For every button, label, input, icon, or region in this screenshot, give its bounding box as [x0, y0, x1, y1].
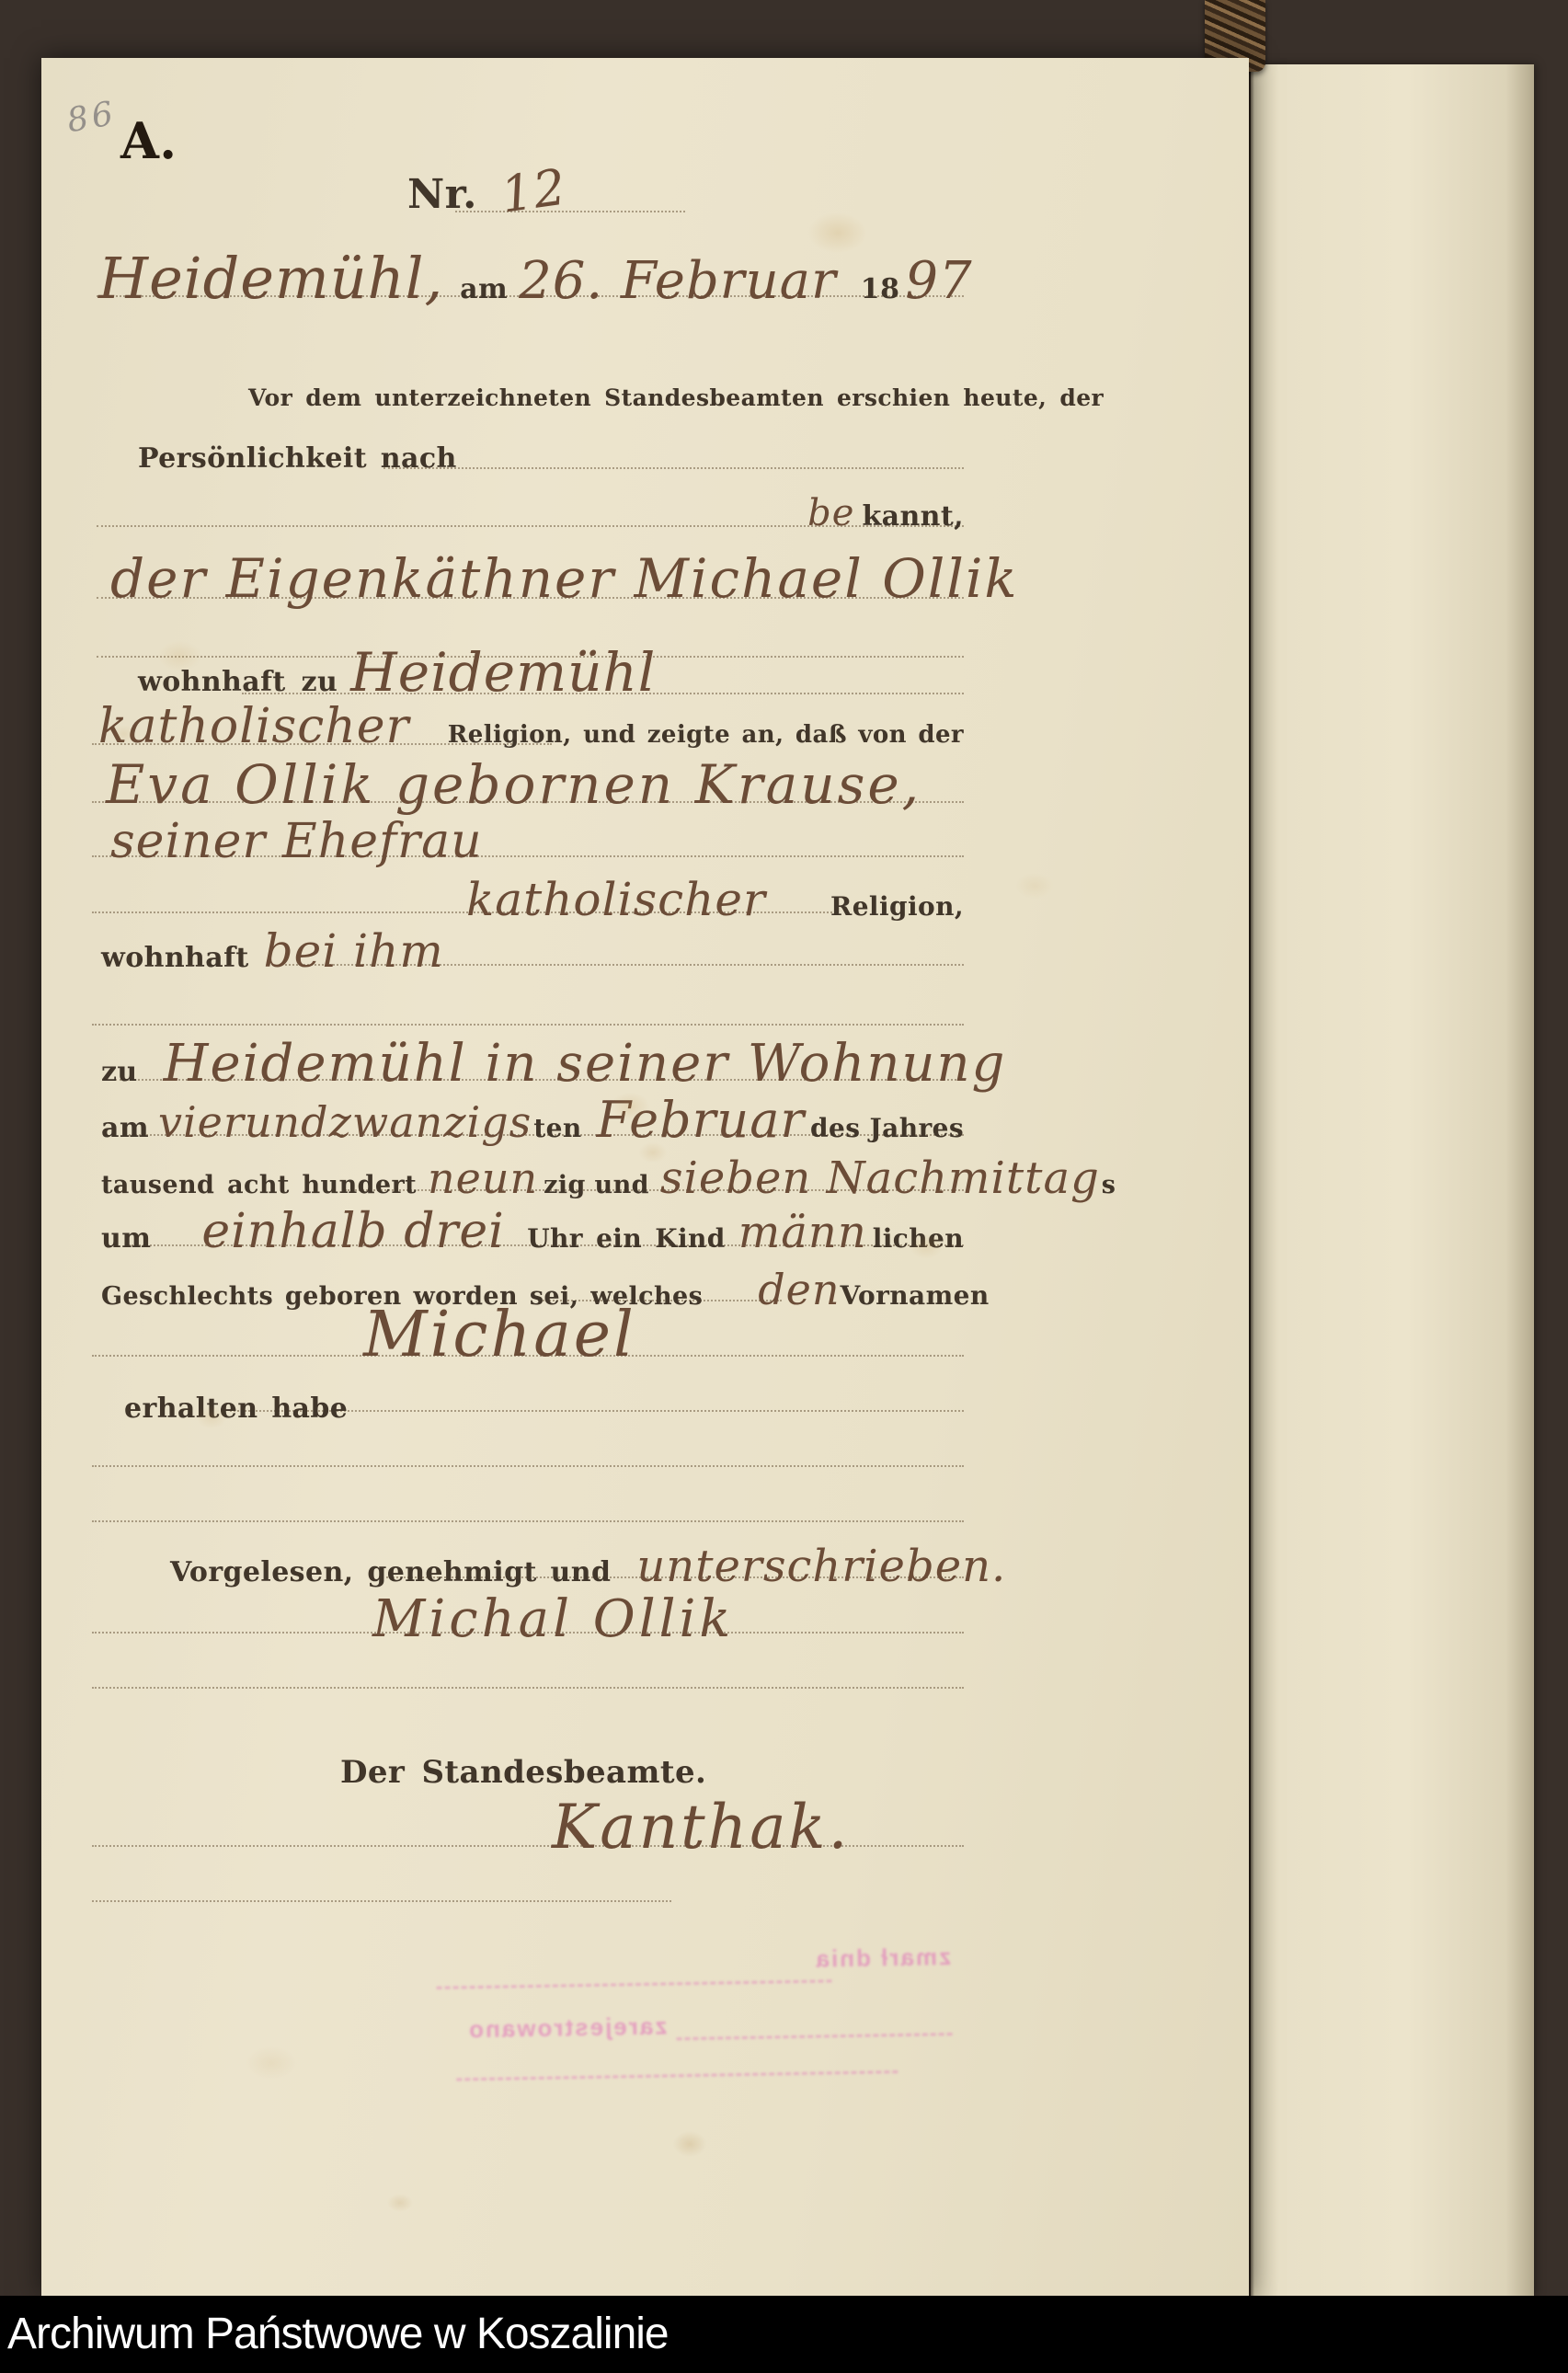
intro-line: Vor dem unterzeichneten Standesbeamten e…	[248, 384, 1104, 411]
religion1-script: katholischer	[98, 699, 409, 754]
decade-script: neun	[428, 1153, 538, 1203]
registrar-signature: Kanthak.	[552, 1792, 851, 1863]
article-script: den	[758, 1265, 840, 1314]
year-printed: 18	[861, 273, 900, 305]
residence-value: Heidemühl	[350, 641, 656, 704]
closing-line: Vorgelesen, genehmigt und unterschrieben…	[170, 1541, 1006, 1592]
birth-day-suffix: ten	[533, 1113, 581, 1143]
residence-line: wohnhaft zu Heidemühl	[138, 641, 656, 704]
birth-day-script: vierundzwanzigs	[158, 1097, 532, 1147]
residence2-label: wohnhaft	[101, 942, 249, 974]
birthtime-line: um einhalb drei Uhr ein Kind männ lichen	[101, 1204, 964, 1259]
registrar-signature-line: Kanthak.	[552, 1792, 851, 1863]
time-label: um	[101, 1222, 151, 1255]
archive-name: Archiwum Państwowe w Koszalinie	[7, 2309, 669, 2359]
unit-script: sieben Nachmittag	[660, 1152, 1100, 1204]
religion1-printed: Religion, und zeigte an, daß von der	[448, 721, 964, 749]
birthplace-value: Heidemühl in seiner Wohnung	[164, 1034, 1007, 1094]
nr-value: 12	[498, 157, 570, 224]
declarant-signature-line: Michal Ollik	[372, 1589, 734, 1649]
place-date-line: Heidemühl, am 26. Februar 18 97	[98, 245, 964, 312]
year-of-label: des Jahres	[810, 1113, 964, 1143]
stamp-rule	[677, 2033, 953, 2040]
first-name-script: Michael	[363, 1299, 636, 1371]
identity-line: Persönlichkeit nach	[138, 442, 457, 475]
registrar-label-line: Der Standesbeamte.	[340, 1754, 706, 1791]
birth-month-script: Februar	[597, 1091, 806, 1149]
stamp-rule	[437, 1979, 832, 1989]
facing-page-edge	[1251, 64, 1534, 2296]
birthplace-line: zu Heidemühl in seiner Wohnung	[101, 1034, 1006, 1094]
received-line: erhalten habe	[124, 1393, 348, 1425]
declarant-signature: Michal Ollik	[372, 1589, 734, 1649]
mother-relation-text: seiner Ehefrau	[110, 814, 483, 869]
known-printed: kannt,	[862, 500, 964, 533]
intro-text: Vor dem unterzeichneten Standesbeamten e…	[248, 384, 1104, 411]
birthplace-label: zu	[101, 1056, 138, 1088]
mother-line: Eva Ollik gebornen Krause,	[106, 753, 921, 816]
declarant-line: der Eigenkäthner Michael Ollik	[110, 547, 1019, 610]
received-printed: erhalten habe	[124, 1393, 348, 1425]
date-value: 26. Februar	[519, 251, 837, 311]
pencil-number: 86	[64, 95, 120, 141]
identity-label: Persönlichkeit nach	[138, 442, 457, 475]
dotted-rule	[92, 1687, 964, 1689]
time-value: einhalb drei	[201, 1204, 504, 1259]
place-name: Heidemühl,	[98, 245, 443, 312]
birthdate-label: am	[101, 1112, 149, 1144]
declarant-text: der Eigenkäthner Michael Ollik	[110, 547, 1019, 610]
dotted-rule	[92, 1900, 671, 1902]
mother-relation-line: seiner Ehefrau	[110, 814, 483, 869]
year-script: 97	[905, 251, 972, 311]
birthyear-line: tausend acht hundert neun zig und sieben…	[101, 1152, 964, 1204]
residence2-value: bei ihm	[264, 924, 444, 978]
stamp-fragment-1: zmarł dnia	[814, 1943, 951, 1974]
religion1-line: katholischer Religion, und zeigte an, da…	[98, 699, 964, 754]
gender-script: männ	[738, 1207, 867, 1258]
clock-printed: Uhr ein Kind	[527, 1223, 726, 1254]
footer-bar: Archiwum Państwowe w Koszalinie	[0, 2296, 1568, 2373]
document-page: 86 A. Nr. 12 Heidemühl, am 26. Februar 1…	[41, 58, 1249, 2296]
dotted-rule	[92, 1520, 964, 1522]
thousand-printed: tausend acht hundert	[101, 1171, 417, 1199]
dotted-rule	[92, 1465, 964, 1467]
first-name-line: Michael	[363, 1299, 636, 1371]
registrar-label: Der Standesbeamte.	[340, 1754, 706, 1791]
residence2-line: wohnhaft bei ihm	[101, 924, 444, 978]
known-line: be kannt,	[97, 492, 964, 534]
gender-suffix: lichen	[873, 1223, 964, 1254]
mother-text: Eva Ollik gebornen Krause,	[106, 753, 921, 816]
nr-label: Nr.	[407, 171, 477, 218]
closing-printed: Vorgelesen, genehmigt und	[170, 1556, 611, 1588]
decade-suffix: zig und	[544, 1171, 649, 1199]
date-am-label: am	[460, 273, 508, 305]
religion2-printed: Religion,	[830, 891, 964, 922]
dotted-rule	[383, 467, 964, 469]
religion2-script: katholischer	[466, 873, 766, 926]
vornamen-printed: Vornamen	[841, 1280, 990, 1311]
stamp-fragment-2: zarejestrowano	[467, 2012, 668, 2044]
daytime-suffix: s	[1102, 1171, 1116, 1199]
birthdate-line: am vierundzwanzigs ten Februar des Jahre…	[101, 1091, 964, 1149]
record-number-line: Nr. 12	[407, 162, 567, 220]
mirror-stamp: zmarł dnia zarejestrowano	[427, 1930, 954, 2086]
religion2-line: katholischer Religion,	[98, 873, 964, 926]
section-letter: A.	[120, 111, 177, 170]
dotted-rule	[92, 1024, 964, 1026]
stamp-rule	[456, 2070, 898, 2081]
known-script: be	[807, 492, 854, 534]
closing-script: unterschrieben.	[636, 1541, 1006, 1592]
residence-label: wohnhaft zu	[138, 666, 338, 698]
